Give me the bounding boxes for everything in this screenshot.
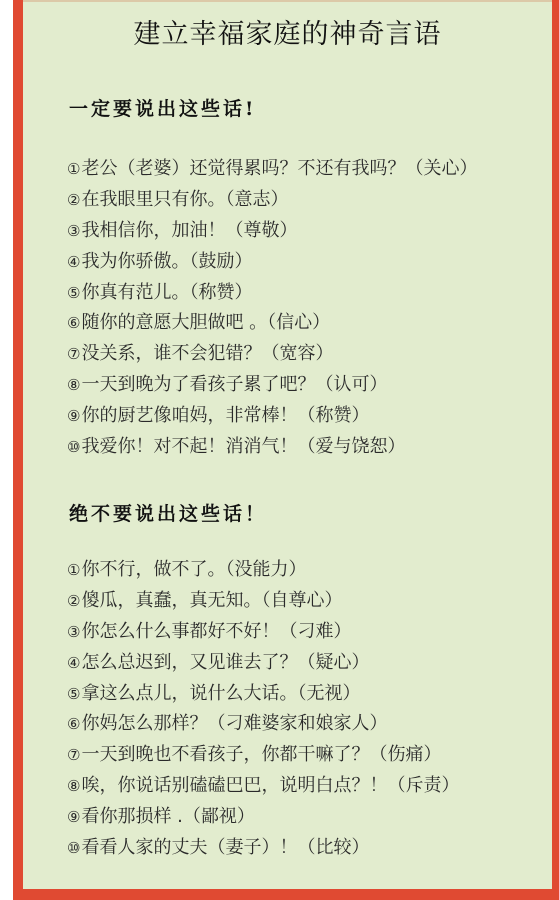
never-say-list: ①你不行，做不了。（没能力） ②傻瓜，真蠢，真无知。（自尊心） ③你怎么什么事都… [67,555,459,864]
list-item: ⑦没关系，谁不会犯错？（宽容） [67,339,477,370]
section-heading-must-say: 一定要说出这些话! [69,94,256,121]
list-item: ①老公（老婆）还觉得累吗？不还有我吗？（关心） [67,154,477,185]
list-item: ⑥随你的意愿大胆做吧 。（信心） [67,308,477,339]
list-item: ④怎么总迟到，又见谁去了？（疑心） [67,648,459,679]
list-item: ⑦一天到晚也不看孩子，你都干嘛了？（伤痛） [67,740,459,771]
section-heading-never-say: 绝不要说出这些话！ [69,499,267,526]
list-item: ②在我眼里只有你。（意志） [67,185,477,216]
page-title: 建立幸福家庭的神奇言语 [23,12,552,51]
list-item: ⑥你妈怎么那样？（刁难婆家和娘家人） [67,709,459,740]
must-say-list: ①老公（老婆）还觉得累吗？不还有我吗？（关心） ②在我眼里只有你。（意志） ③我… [67,154,477,463]
list-item: ⑧唉，你说话别磕磕巴巴，说明白点？！（斥责） [67,771,459,802]
list-item: ⑩我爱你！对不起！消消气！（爱与饶恕） [67,432,477,463]
list-item: ⑩看看人家的丈夫（妻子）！（比较） [67,833,459,864]
list-item: ⑨看你那损样 .（鄙视） [67,802,459,833]
list-item: ③你怎么什么事都好不好！（刁难） [67,617,459,648]
list-item: ④我为你骄傲。（鼓励） [67,247,477,278]
list-item: ⑤拿这么点儿，说什么大话。（无视） [67,679,459,710]
list-item: ⑤你真有范儿。（称赞） [67,278,477,309]
content-panel: 建立幸福家庭的神奇言语 一定要说出这些话! ①老公（老婆）还觉得累吗？不还有我吗… [23,2,552,889]
list-item: ③我相信你，加油！（尊敬） [67,216,477,247]
list-item: ①你不行，做不了。（没能力） [67,555,459,586]
list-item: ⑧一天到晚为了看孩子累了吧？（认可） [67,370,477,401]
list-item: ⑨你的厨艺像咱妈，非常棒！（称赞） [67,401,477,432]
list-item: ②傻瓜，真蠢，真无知。（自尊心） [67,586,459,617]
